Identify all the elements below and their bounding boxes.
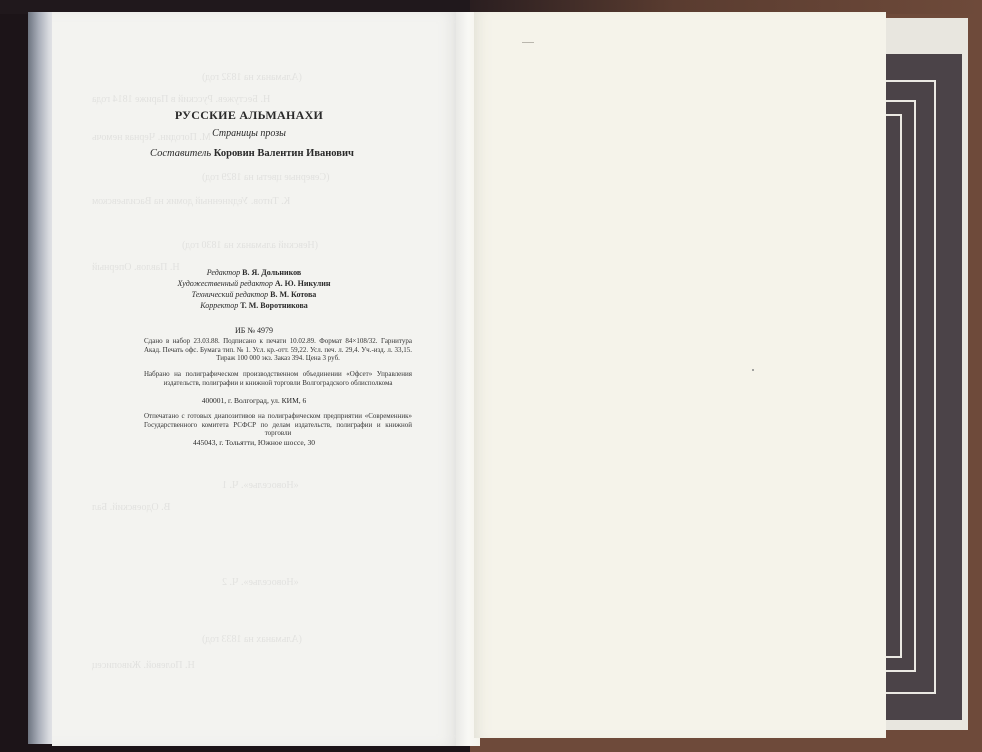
book-title: РУССКИЕ АЛЬМАНАХИ: [36, 108, 462, 123]
typeset-address: 400001, г. Волгоград, ул. КИМ, 6: [46, 396, 462, 405]
page-speck: [752, 369, 754, 371]
compiler-role: Составитель: [150, 148, 211, 159]
ib-number: ИБ № 4979: [46, 326, 462, 335]
page-mark: [522, 42, 534, 43]
staff-role: Технический редактор: [192, 290, 269, 299]
staff-editor: Редактор В. Я. Дольников: [46, 268, 462, 277]
staff-name: В. М. Котова: [270, 290, 316, 299]
print-details: Сдано в набор 23.03.88. Подписано к печа…: [144, 337, 412, 363]
colophon: РУССКИЕ АЛЬМАНАХИ Страницы прозы Состави…: [52, 12, 462, 746]
open-book-photo: (Альманах на 1832 год) Н. Бестужев. Русс…: [0, 0, 982, 752]
staff-name: А. Ю. Никулин: [275, 279, 331, 288]
printed-address: 445043, г. Тольятти, Южное шоссе, 30: [46, 438, 462, 447]
staff-role: Корректор: [200, 301, 238, 310]
staff-art-editor: Художественный редактор А. Ю. Никулин: [46, 279, 462, 288]
compiler-line: Составитель Коровин Валентин Иванович: [42, 148, 462, 159]
staff-proofreader: Корректор Т. М. Воротникова: [46, 301, 462, 310]
staff-role: Редактор: [207, 268, 240, 277]
printed-info: Отпечатано с готовых диапозитивов на пол…: [144, 412, 412, 438]
staff-role: Художественный редактор: [177, 279, 272, 288]
book-subtitle: Страницы прозы: [36, 128, 462, 139]
staff-name: В. Я. Дольников: [242, 268, 301, 277]
staff-name: Т. М. Воротникова: [240, 301, 308, 310]
typeset-info: Набрано на полиграфическом производствен…: [144, 370, 412, 387]
staff-tech-editor: Технический редактор В. М. Котова: [46, 290, 462, 299]
right-page-blank: [474, 12, 886, 738]
compiler-name: Коровин Валентин Иванович: [214, 148, 354, 159]
